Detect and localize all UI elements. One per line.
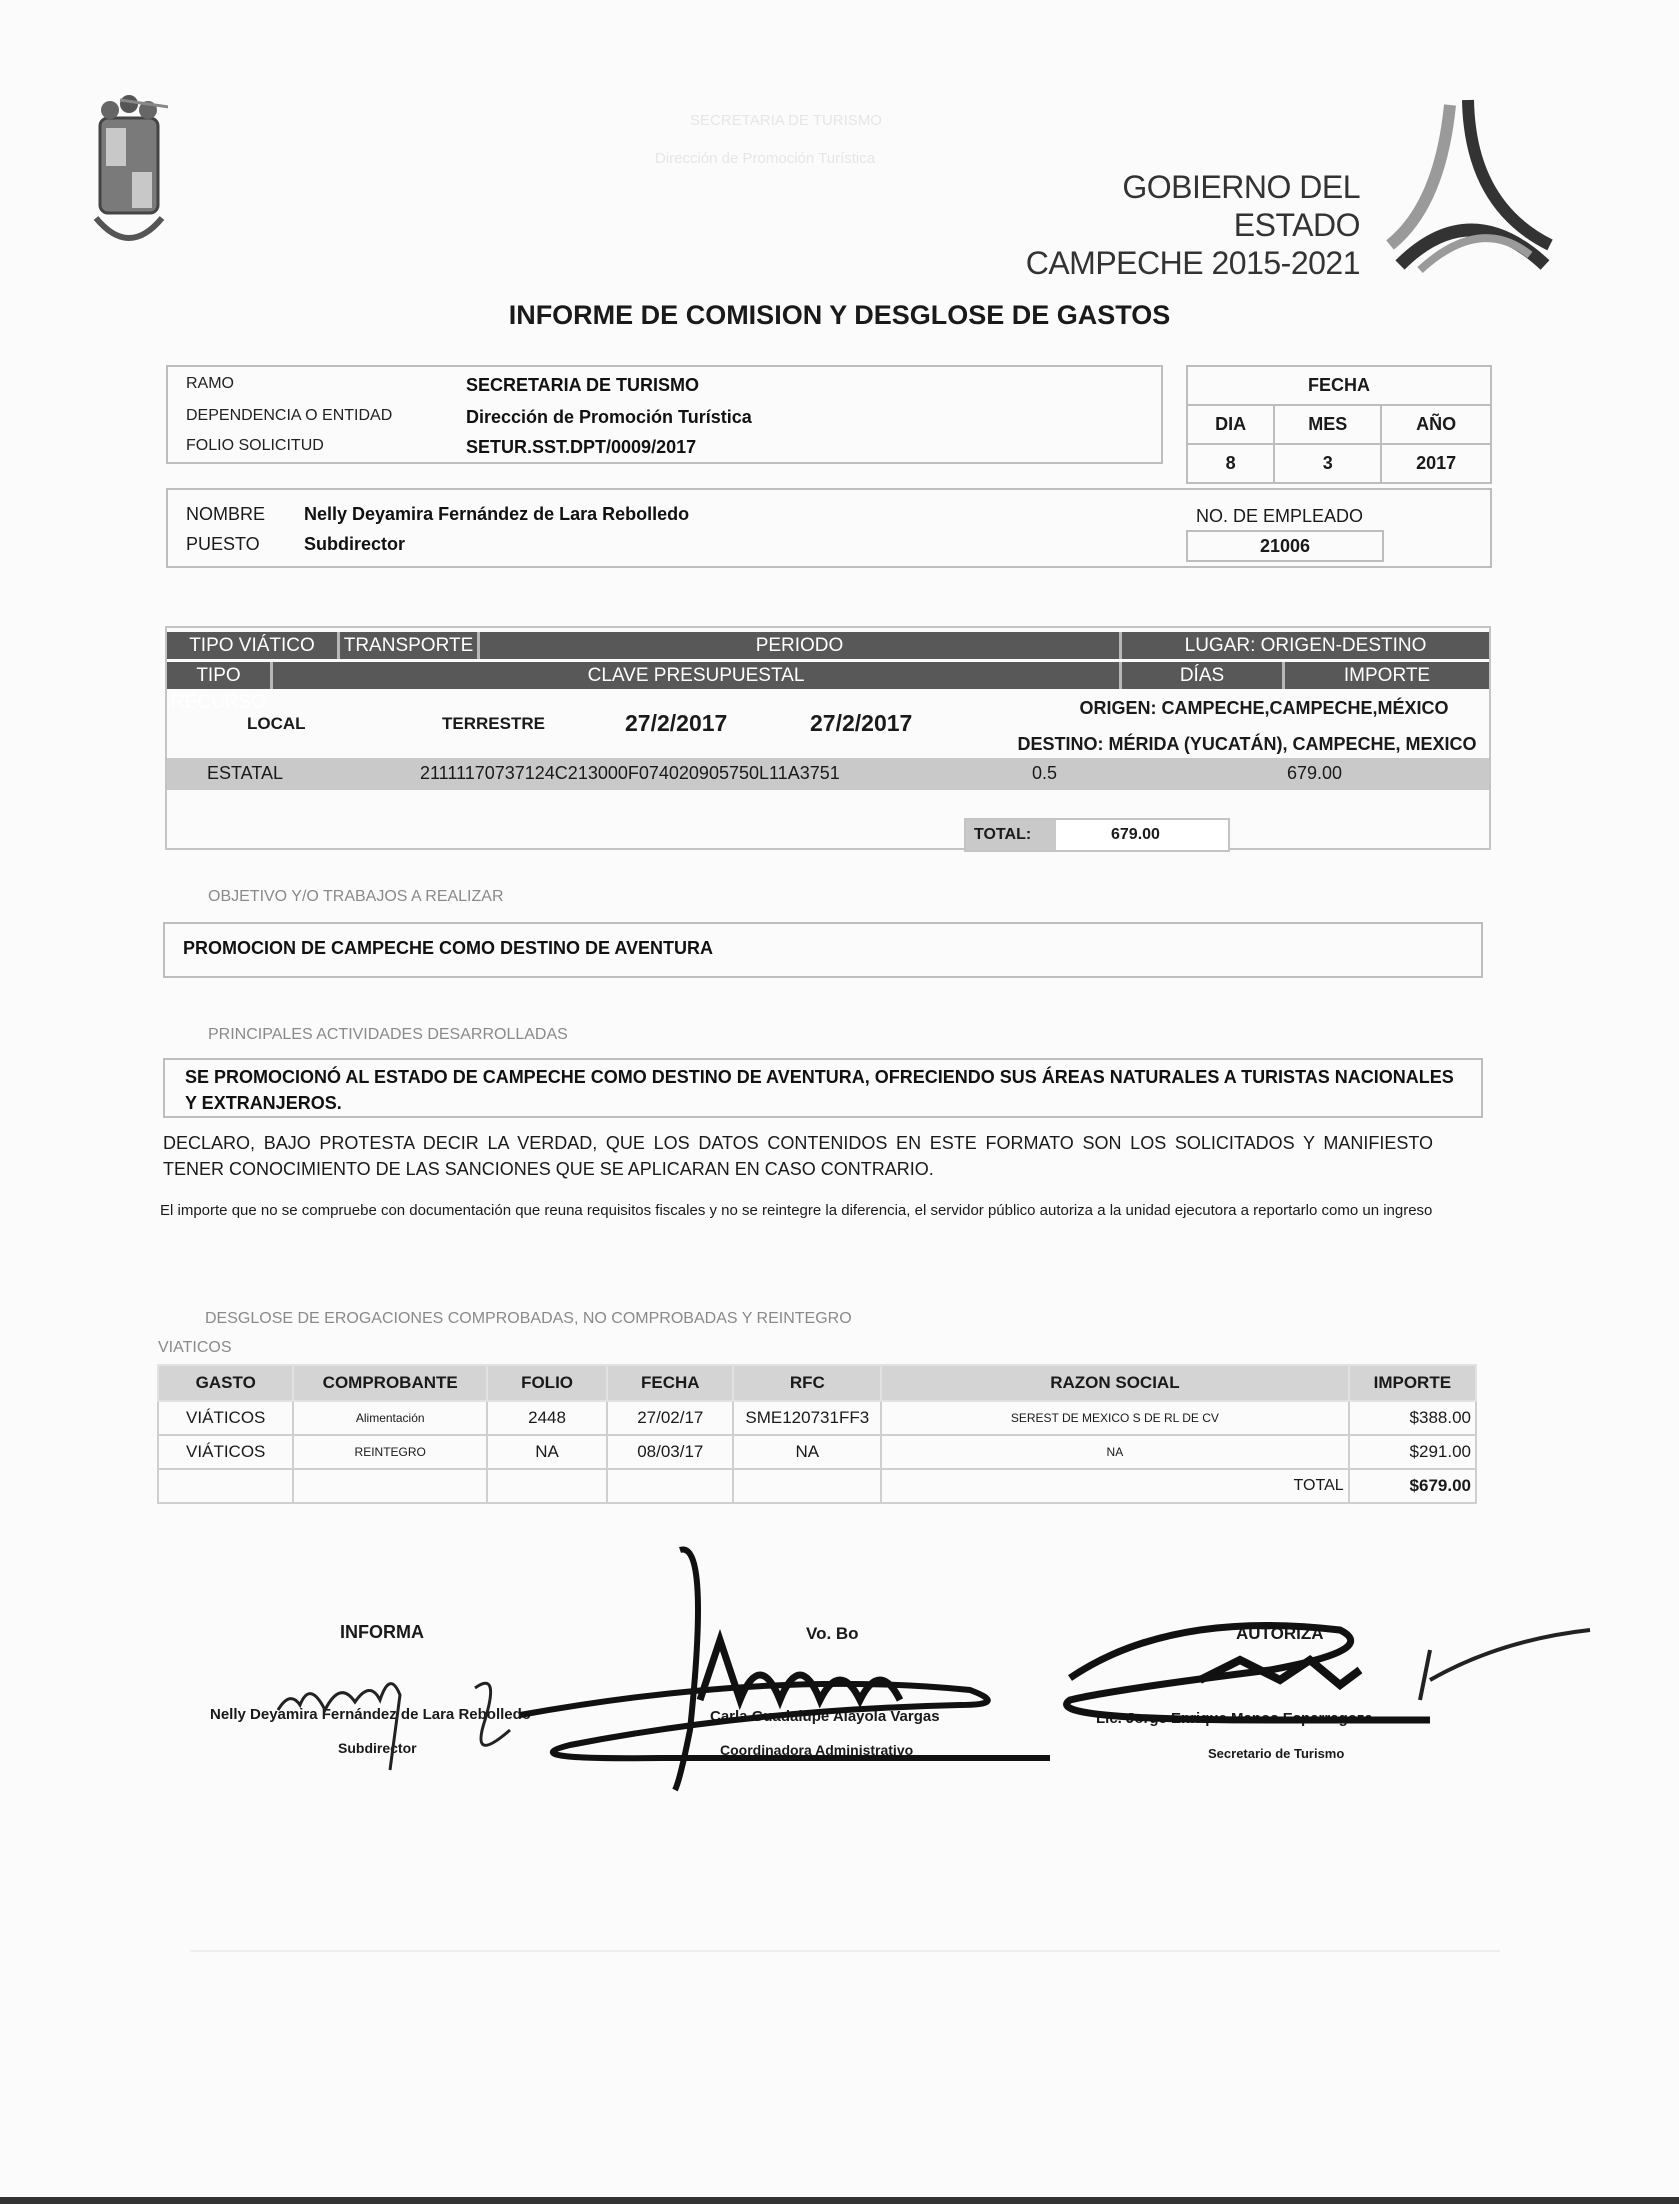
actividades-label: PRINCIPALES ACTIVIDADES DESARROLLADAS	[208, 1026, 568, 1044]
total-label: TOTAL:	[966, 820, 1056, 850]
state-coat-of-arms-icon	[90, 88, 168, 258]
actividades-text: SE PROMOCIONÓ AL ESTADO DE CAMPECHE COMO…	[185, 1064, 1465, 1116]
periodo-fin: 27/2/2017	[810, 710, 912, 737]
aviso-text: El importe que no se compruebe con docum…	[160, 1200, 1450, 1221]
folio-value: SETUR.SST.DPT/0009/2017	[466, 437, 696, 458]
header-periodo: PERIODO	[480, 632, 1122, 659]
transporte-value: TERRESTRE	[442, 714, 545, 734]
cell-fecha: 08/03/17	[607, 1435, 733, 1469]
cell-gasto: VIÁTICOS	[158, 1435, 293, 1469]
empleado-value: 21006	[1186, 530, 1384, 562]
anio-value: 2017	[1381, 444, 1491, 483]
header-tipo-recurso: TIPO RECURSO	[167, 662, 273, 689]
person-info-box: NOMBRE Nelly Deyamira Fernández de Lara …	[166, 488, 1492, 568]
government-line-2: CAMPECHE 2015-2021	[990, 244, 1360, 282]
desglose-table: GASTO COMPROBANTE FOLIO FECHA RFC RAZON …	[157, 1364, 1477, 1504]
col-gasto: GASTO	[158, 1365, 293, 1401]
document-title: INFORME DE COMISION Y DESGLOSE DE GASTOS	[0, 300, 1679, 331]
col-rfc: RFC	[733, 1365, 881, 1401]
header-importe: IMPORTE	[1285, 662, 1489, 689]
cell-razon-social: NA	[881, 1435, 1349, 1469]
col-comprobante: COMPROBANTE	[293, 1365, 487, 1401]
cell-razon-social: SEREST DE MEXICO S DE RL DE CV	[881, 1401, 1349, 1435]
bleed-through-text: SECRETARIA DE TURISMO	[690, 112, 882, 129]
fecha-title: FECHA	[1187, 366, 1491, 405]
header-clave: CLAVE PRESUPUESTAL	[273, 662, 1122, 689]
actividades-box: SE PROMOCIONÓ AL ESTADO DE CAMPECHE COMO…	[163, 1058, 1483, 1118]
origen-value: ORIGEN: CAMPECHE,CAMPECHE,MÉXICO	[1044, 698, 1484, 719]
dia-label: DIA	[1187, 405, 1274, 444]
cell-gasto: VIÁTICOS	[158, 1401, 293, 1435]
cell-rfc: SME120731FF3	[733, 1401, 881, 1435]
desglose-total-label: TOTAL	[881, 1469, 1349, 1503]
col-fecha: FECHA	[607, 1365, 733, 1401]
bleed-through-text: Dirección de Promoción Turística	[655, 150, 875, 167]
cell-importe: $291.00	[1349, 1435, 1476, 1469]
viatico-table: TIPO VIÁTICO TRANSPORTE PERIODO LUGAR: O…	[165, 626, 1491, 850]
destino-value: DESTINO: MÉRIDA (YUCATÁN), CAMPECHE, MEX…	[997, 734, 1497, 755]
cell-comprobante: REINTEGRO	[293, 1435, 487, 1469]
desglose-label: DESGLOSE DE EROGACIONES COMPROBADAS, NO …	[205, 1310, 852, 1328]
puesto-label: PUESTO	[186, 534, 260, 555]
mes-value: 3	[1274, 444, 1381, 483]
folio-label: FOLIO SOLICITUD	[186, 437, 324, 455]
header-transporte: TRANSPORTE	[340, 632, 480, 659]
general-info-box: RAMO SECRETARIA DE TURISMO DEPENDENCIA O…	[166, 365, 1163, 464]
cell-folio: NA	[487, 1435, 607, 1469]
tipo-viatico-value: LOCAL	[247, 714, 306, 734]
header-tipo-viatico: TIPO VIÁTICO	[167, 632, 340, 659]
cell-importe: $388.00	[1349, 1401, 1476, 1435]
empleado-label: NO. DE EMPLEADO	[1196, 506, 1363, 527]
declaracion-text: DECLARO, BAJO PROTESTA DECIR LA VERDAD, …	[163, 1130, 1433, 1182]
importe-value: 679.00	[1287, 763, 1342, 784]
dependencia-label: DEPENDENCIA O ENTIDAD	[186, 407, 392, 425]
handwritten-signatures-icon	[270, 1530, 1610, 1810]
clave-presupuestal-value: 21111170737124C213000F074020905750L11A37…	[420, 763, 840, 784]
table-row: VIÁTICOS Alimentación 2448 27/02/17 SME1…	[158, 1401, 1476, 1435]
page-bottom-edge	[0, 2197, 1679, 2204]
puesto-value: Subdirector	[304, 534, 405, 555]
periodo-inicio: 27/2/2017	[625, 710, 727, 737]
col-folio: FOLIO	[487, 1365, 607, 1401]
desglose-sublabel: VIATICOS	[158, 1339, 232, 1357]
government-title: GOBIERNO DEL ESTADO CAMPECHE 2015-2021	[990, 168, 1360, 282]
objetivo-text: PROMOCION DE CAMPECHE COMO DESTINO DE AV…	[183, 938, 713, 959]
col-razon-social: RAZON SOCIAL	[881, 1365, 1349, 1401]
dias-value: 0.5	[1032, 763, 1057, 784]
cell-fecha: 27/02/17	[607, 1401, 733, 1435]
ramo-label: RAMO	[186, 375, 234, 393]
cell-rfc: NA	[733, 1435, 881, 1469]
desglose-total-value: $679.00	[1349, 1469, 1476, 1503]
campeche-government-arc-logo-icon	[1380, 95, 1580, 275]
dia-value: 8	[1187, 444, 1274, 483]
table-total-row: TOTAL $679.00	[158, 1469, 1476, 1503]
cell-folio: 2448	[487, 1401, 607, 1435]
cell-comprobante: Alimentación	[293, 1401, 487, 1435]
nombre-label: NOMBRE	[186, 504, 265, 525]
government-line-1: GOBIERNO DEL ESTADO	[990, 168, 1360, 244]
tipo-recurso-value: ESTATAL	[207, 763, 283, 784]
table-row: VIÁTICOS REINTEGRO NA 08/03/17 NA NA $29…	[158, 1435, 1476, 1469]
header-lugar: LUGAR: ORIGEN-DESTINO	[1122, 632, 1489, 659]
col-importe: IMPORTE	[1349, 1365, 1476, 1401]
objetivo-box: PROMOCION DE CAMPECHE COMO DESTINO DE AV…	[163, 922, 1483, 978]
dependencia-value: Dirección de Promoción Turística	[466, 407, 752, 428]
clave-row: ESTATAL 21111170737124C213000F0740209057…	[167, 758, 1489, 790]
anio-label: AÑO	[1381, 405, 1491, 444]
fecha-table: FECHA DIA MES AÑO 8 3 2017	[1186, 365, 1492, 484]
mes-label: MES	[1274, 405, 1381, 444]
nombre-value: Nelly Deyamira Fernández de Lara Rebolle…	[304, 504, 689, 525]
bleed-through-line	[190, 1950, 1500, 1952]
header-dias: DÍAS	[1122, 662, 1285, 689]
ramo-value: SECRETARIA DE TURISMO	[466, 375, 699, 396]
objetivo-label: OBJETIVO Y/O TRABAJOS A REALIZAR	[208, 888, 504, 906]
viatico-total: TOTAL: 679.00	[964, 818, 1230, 852]
total-value: 679.00	[1056, 820, 1228, 850]
